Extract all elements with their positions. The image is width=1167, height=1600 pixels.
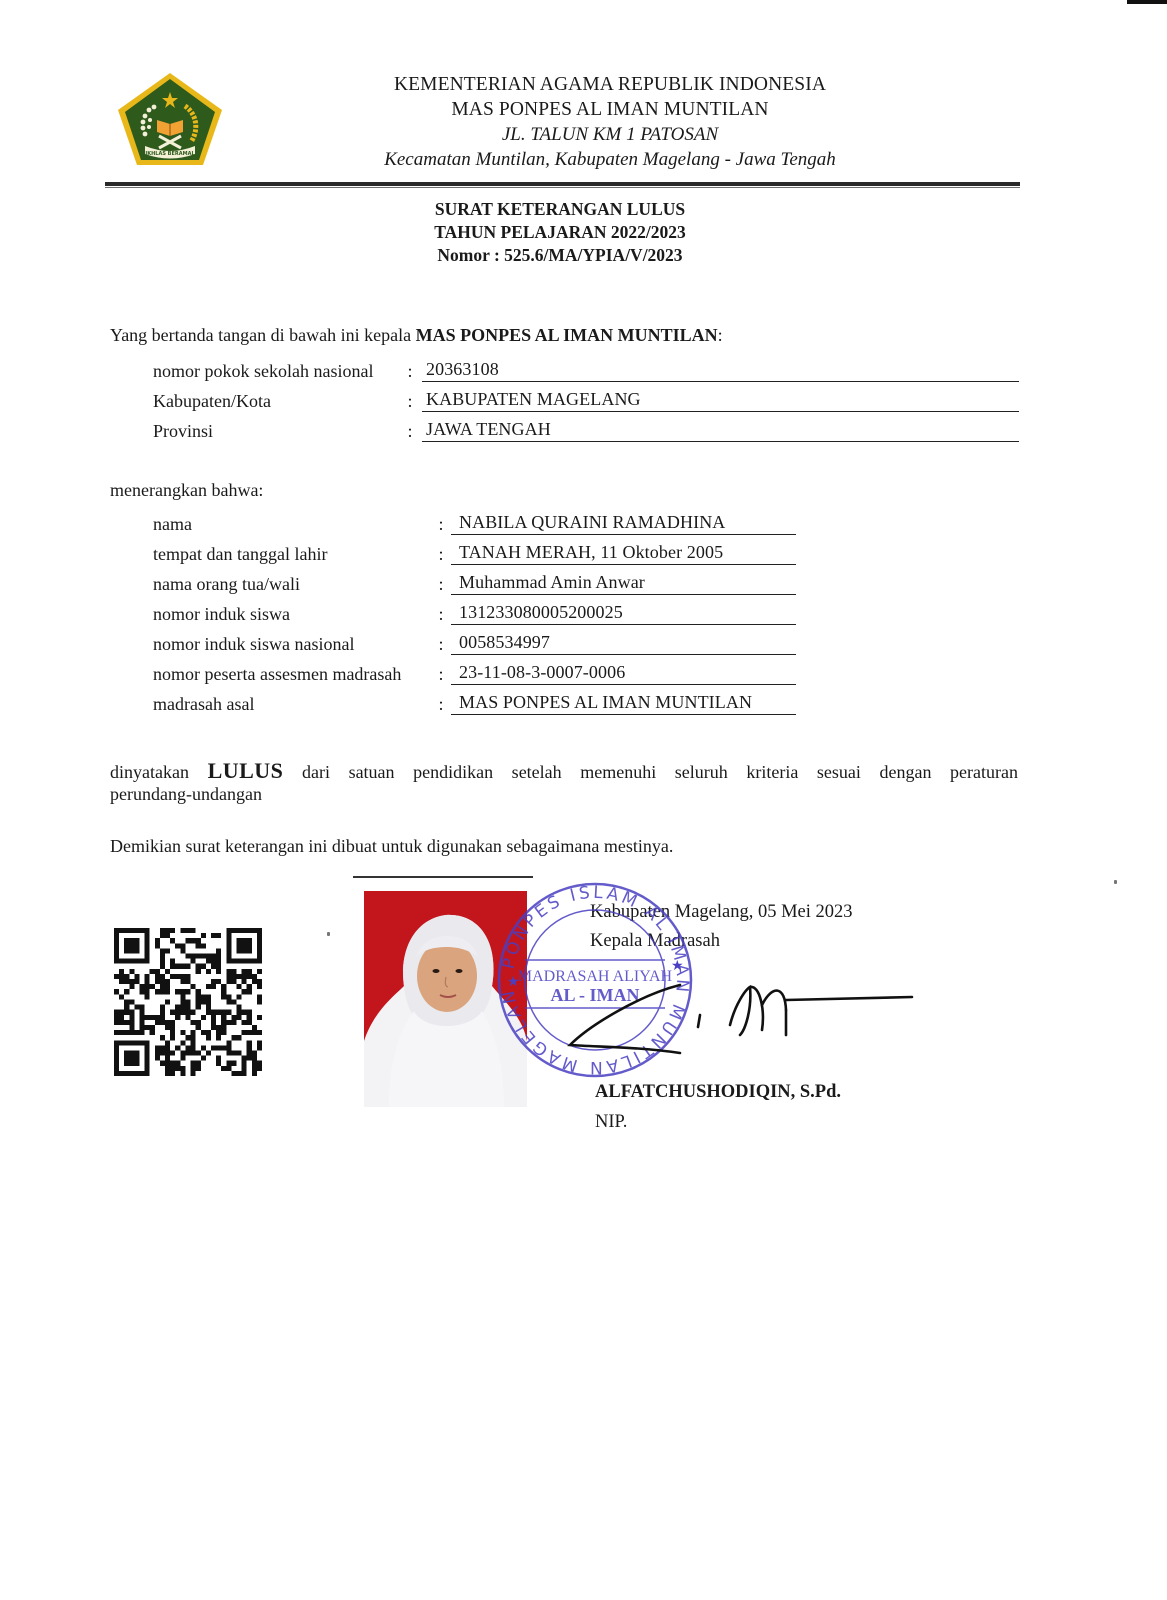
- field-row: Kabupaten/Kota : KABUPATEN MAGELANG: [153, 382, 1019, 412]
- field-colon: :: [431, 574, 451, 595]
- qr-code: [113, 928, 263, 1076]
- field-colon: :: [431, 664, 451, 685]
- statement-prefix: dinyatakan: [110, 762, 208, 782]
- signer-nip: NIP.: [595, 1112, 627, 1133]
- field-colon: :: [431, 634, 451, 655]
- field-label: nomor induk siswa: [153, 604, 431, 625]
- field-colon: :: [398, 391, 422, 412]
- field-row: nomor peserta assesmen madrasah : 23-11-…: [153, 655, 796, 685]
- svg-text:IKHLAS BERAMAL: IKHLAS BERAMAL: [145, 151, 195, 157]
- field-label: nama orang tua/wali: [153, 574, 431, 595]
- field-row: nomor induk siswa nasional : 0058534997: [153, 625, 796, 655]
- statement-suffix: dari satuan pendidikan setelah memenuhi …: [283, 762, 1018, 782]
- field-colon: :: [431, 544, 451, 565]
- assessment-number-value: 23-11-08-3-0007-0006: [451, 660, 796, 685]
- school-address: JL. TALUN KM 1 PATOSAN: [340, 122, 880, 147]
- npsn-value: 20363108: [422, 357, 1019, 382]
- graduation-statement: dinyatakan LULUS dari satuan pendidikan …: [110, 758, 1018, 785]
- letterhead-divider: [105, 182, 1020, 186]
- nisn-value: 0058534997: [451, 630, 796, 655]
- school-name: MAS PONPES AL IMAN MUNTILAN: [340, 97, 880, 122]
- menerangkan-label: menerangkan bahwa:: [110, 480, 263, 501]
- field-label: madrasah asal: [153, 694, 431, 715]
- field-row: nama orang tua/wali : Muhammad Amin Anwa…: [153, 565, 796, 595]
- field-row: nomor pokok sekolah nasional : 20363108: [153, 352, 1019, 382]
- school-info: nomor pokok sekolah nasional : 20363108 …: [153, 352, 1019, 442]
- closing-sentence: Demikian surat keterangan ini dibuat unt…: [110, 836, 673, 857]
- document-number: Nomor : 525.6/MA/YPIA/V/2023: [360, 244, 760, 267]
- field-colon: :: [398, 361, 422, 382]
- field-colon: :: [431, 514, 451, 535]
- photo-top-line: [353, 876, 533, 878]
- svg-text:MADRASAH ALIYAH: MADRASAH ALIYAH: [518, 968, 673, 985]
- school-region: Kecamatan Muntilan, Kabupaten Magelang -…: [340, 147, 880, 172]
- field-label: nomor pokok sekolah nasional: [153, 361, 398, 382]
- signer-position: Kepala Madrasah: [590, 927, 853, 956]
- handwritten-signature: [540, 975, 920, 1065]
- letterhead: KEMENTERIAN AGAMA REPUBLIK INDONESIA MAS…: [340, 72, 880, 172]
- nis-value: 131233080005200025: [451, 600, 796, 625]
- title-line: SURAT KETERANGAN LULUS: [360, 198, 760, 221]
- field-colon: :: [398, 421, 422, 442]
- intro-sentence: Yang bertanda tangan di bawah ini kepala…: [110, 325, 723, 346]
- field-label: Kabupaten/Kota: [153, 391, 398, 412]
- field-label: nomor peserta assesmen madrasah: [153, 664, 431, 685]
- statement-line2: perundang-undangan: [110, 784, 262, 805]
- signature-block: Kabupaten Magelang, 05 Mei 2023 Kepala M…: [590, 898, 853, 956]
- field-row: nomor induk siswa : 131233080005200025: [153, 595, 796, 625]
- student-photo: [364, 891, 527, 1107]
- signer-name: ALFATCHUSHODIQIN, S.Pd.: [595, 1082, 841, 1103]
- student-info: nama : NABILA QURAINI RAMADHINA tempat d…: [153, 505, 796, 715]
- field-label: Provinsi: [153, 421, 398, 442]
- document-title: SURAT KETERANGAN LULUS TAHUN PELAJARAN 2…: [360, 198, 760, 267]
- field-row: Provinsi : JAWA TENGAH: [153, 412, 1019, 442]
- intro-suffix: :: [718, 325, 723, 345]
- field-row: madrasah asal : MAS PONPES AL IMAN MUNTI…: [153, 685, 796, 715]
- letterhead-divider-thin: [105, 187, 1020, 188]
- regency-value: KABUPATEN MAGELANG: [422, 387, 1019, 412]
- graduation-status: LULUS: [208, 758, 284, 783]
- ministry-name: KEMENTERIAN AGAMA REPUBLIK INDONESIA: [340, 72, 880, 97]
- intro-text: Yang bertanda tangan di bawah ini kepala: [110, 325, 416, 345]
- place-date: Kabupaten Magelang, 05 Mei 2023: [590, 898, 853, 927]
- scan-corner-mark: [1127, 0, 1167, 4]
- scan-speck: [1114, 880, 1117, 884]
- scan-speck: [327, 932, 330, 936]
- student-name-value: NABILA QURAINI RAMADHINA: [451, 510, 796, 535]
- academic-year: TAHUN PELAJARAN 2022/2023: [360, 221, 760, 244]
- svg-text:AL - IMAN: AL - IMAN: [551, 985, 640, 1005]
- parent-value: Muhammad Amin Anwar: [451, 570, 796, 595]
- field-colon: :: [431, 694, 451, 715]
- svg-text:★: ★: [671, 959, 684, 974]
- field-label: tempat dan tanggal lahir: [153, 544, 431, 565]
- kemenag-logo: IKHLAS BERAMAL: [115, 70, 225, 168]
- field-row: tempat dan tanggal lahir : TANAH MERAH, …: [153, 535, 796, 565]
- province-value: JAWA TENGAH: [422, 417, 1019, 442]
- intro-school: MAS PONPES AL IMAN MUNTILAN: [416, 325, 718, 345]
- birth-value: TANAH MERAH, 11 Oktober 2005: [451, 540, 796, 565]
- origin-school-value: MAS PONPES AL IMAN MUNTILAN: [451, 690, 796, 715]
- field-colon: :: [431, 604, 451, 625]
- field-label: nama: [153, 514, 431, 535]
- field-label: nomor induk siswa nasional: [153, 634, 431, 655]
- field-row: nama : NABILA QURAINI RAMADHINA: [153, 505, 796, 535]
